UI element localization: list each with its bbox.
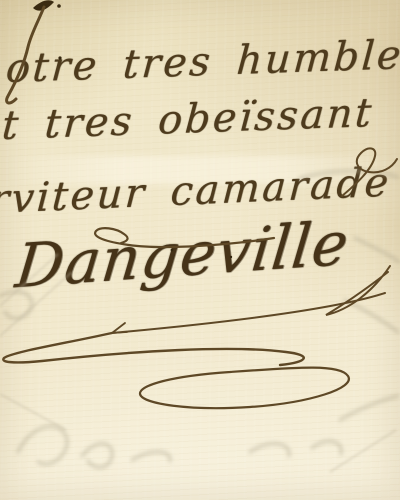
ghost-stroke xyxy=(340,396,398,420)
ghost-stroke xyxy=(312,441,341,454)
handwriting-line-1: otre tres humble xyxy=(4,32,400,92)
ghost-stroke xyxy=(18,426,67,464)
hatch-line xyxy=(0,394,66,430)
ghost-stroke xyxy=(132,452,170,461)
ink-dot xyxy=(57,4,61,8)
paraph-leaf-loop xyxy=(3,333,304,365)
handwriting-line-2: t tres obeïssant xyxy=(0,90,375,149)
ghost-stroke xyxy=(345,300,398,332)
signature-dangeville: Dangeville xyxy=(12,208,352,302)
top-flourish-blob xyxy=(33,0,54,10)
manuscript-scan: otre tres humble t tres obeïssant rviteu… xyxy=(0,0,400,500)
ghost-stroke xyxy=(250,444,289,456)
paraph-oval-loop xyxy=(140,368,349,409)
paraph-arrowhead xyxy=(112,323,127,333)
ghost-stroke xyxy=(82,444,112,468)
hatch-line xyxy=(330,430,396,472)
ghost-stroke xyxy=(355,238,399,262)
manuscript-page: otre tres humble t tres obeïssant rviteu… xyxy=(0,0,400,500)
paraph-long-stroke xyxy=(112,293,385,333)
